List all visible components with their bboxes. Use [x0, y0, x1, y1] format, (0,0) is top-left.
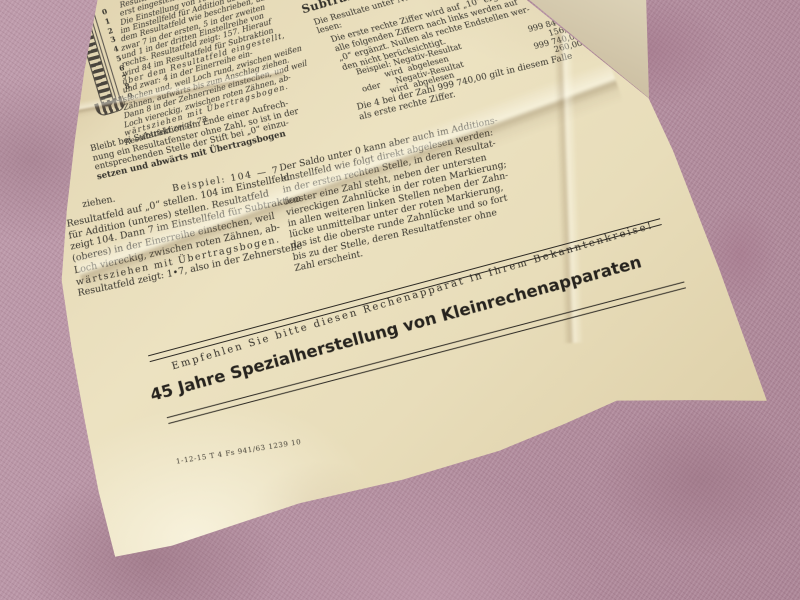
double-rule-bottom: [167, 281, 686, 423]
paragraph-end: ziehen.: [81, 194, 116, 211]
print-imprint-code: 1-12-15 T 4 Fs 941/63 1239 10: [175, 438, 301, 466]
